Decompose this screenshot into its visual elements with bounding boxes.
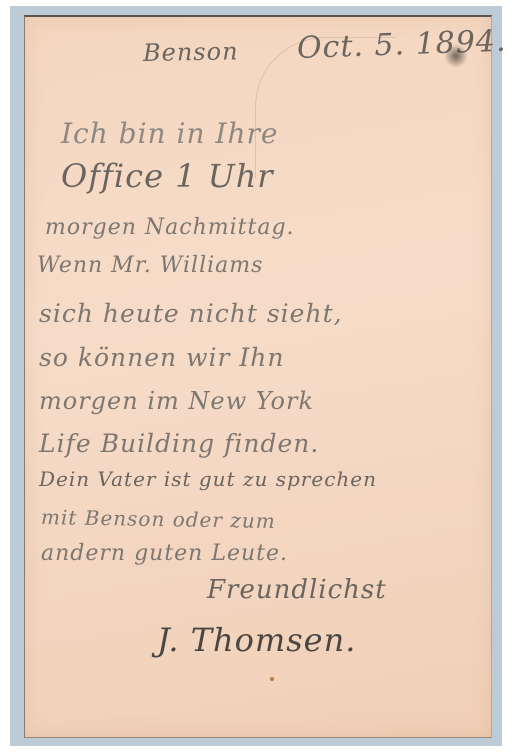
body-line-4: Wenn Mr. Williams xyxy=(37,253,263,278)
signature: J. Thomsen. xyxy=(157,621,356,659)
closing: Freundlichst xyxy=(207,575,387,605)
body-line-1: Ich bin in Ihre xyxy=(61,117,278,150)
body-line-6: so können wir Ihn xyxy=(39,343,284,372)
body-line-8: Life Building finden. xyxy=(39,429,319,458)
body-line-11: andern guten Leute. xyxy=(41,541,288,566)
body-line-10: mit Benson oder zum xyxy=(41,505,276,533)
ink-smudge xyxy=(445,43,467,69)
body-line-5: sich heute nicht sieht, xyxy=(39,299,343,328)
body-line-2: Office 1 Uhr xyxy=(61,157,274,195)
body-line-7: morgen im New York xyxy=(39,387,314,415)
header-date: Oct. 5. 1894. xyxy=(296,24,507,66)
body-line-3: morgen Nachmittag. xyxy=(45,215,295,240)
postcard: Benson Oct. 5. 1894. Ich bin in Ihre Off… xyxy=(24,15,492,738)
body-line-9: Dein Vater ist gut zu sprechen xyxy=(39,467,377,491)
paper-stain xyxy=(270,677,274,681)
header-place: Benson xyxy=(143,37,239,67)
